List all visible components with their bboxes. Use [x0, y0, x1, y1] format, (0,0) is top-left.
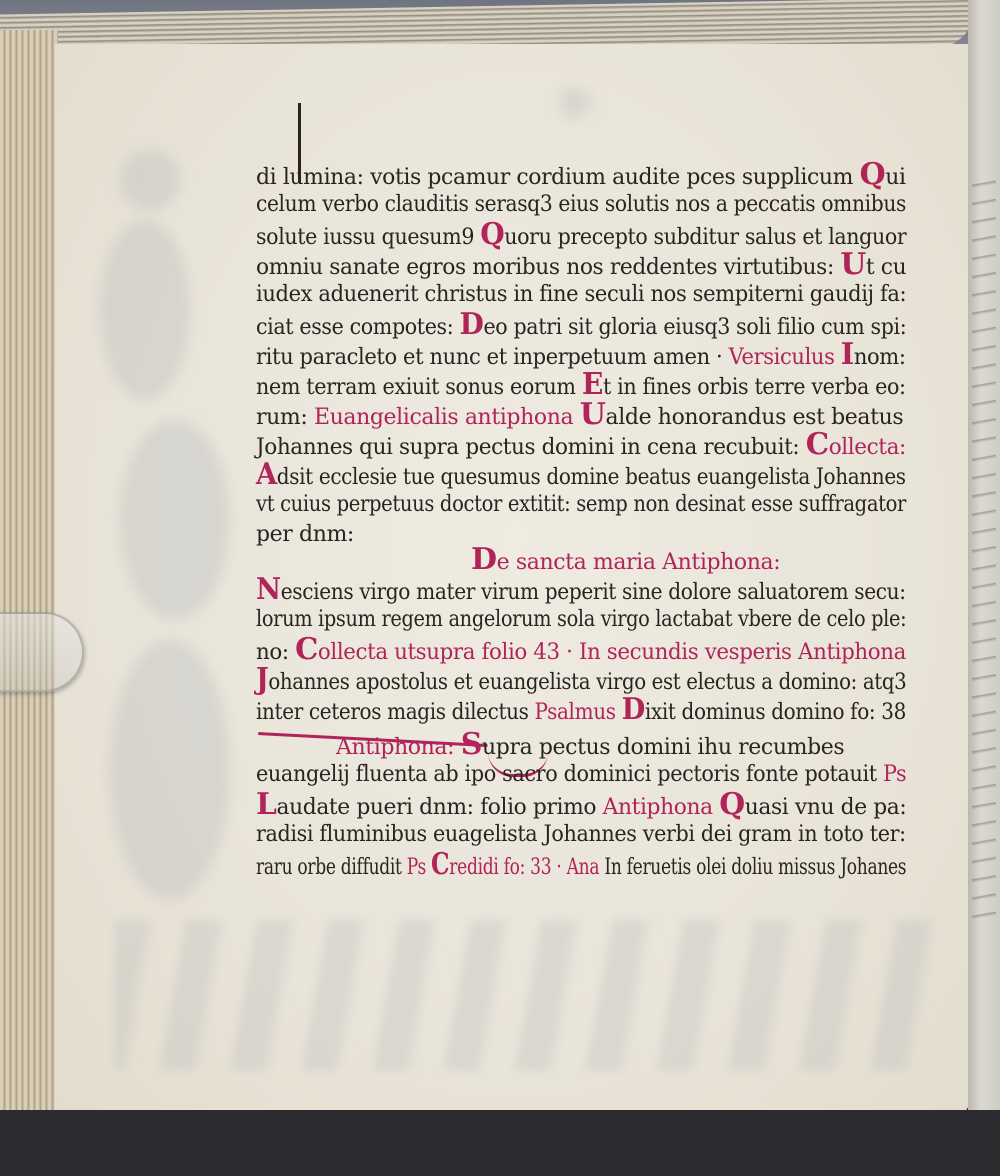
text-line: solute iussu quesum9 Quoru precepto subd… — [256, 220, 906, 253]
body-text: ritu paracleto et nunc et inperpetuum am… — [256, 345, 729, 370]
body-text: inter ceteros magis dilectus — [256, 700, 535, 725]
facing-page-text — [972, 170, 996, 930]
body-text: ohannes apostolus et euangelista virgo e… — [268, 670, 906, 695]
text-line: Adsit ecclesie tue quesumus domine beatu… — [256, 460, 906, 493]
body-text: uasi vnu de pa: — [745, 795, 907, 820]
body-text: euangelij fluenta ab ipo sacro dominici … — [256, 762, 883, 787]
text-line: lorum ipsum regem angelorum sola virgo l… — [256, 605, 906, 635]
rubric-text: Antiphona: — [336, 735, 461, 760]
text-line: raru orbe diffudit Ps Credidi fo: 33 · A… — [256, 850, 906, 883]
body-text: solute iussu quesum9 — [256, 225, 480, 250]
text-line: euangelij fluenta ab ipo sacro dominici … — [256, 760, 906, 790]
body-text: esciens virgo mater virum peperit sine d… — [281, 580, 906, 605]
body-text: raru orbe diffudit — [256, 855, 407, 880]
rubric-text: ollecta utsupra folio 43 · — [318, 640, 579, 665]
body-text: In feruetis olei doliu missus Johanes — [604, 855, 906, 880]
rubric-initial: I — [841, 337, 854, 372]
rubric-initial: N — [256, 572, 281, 607]
body-text: upra pectus domini ihu recumbes — [482, 735, 844, 760]
body-text: lorum ipsum regem angelorum sola virgo l… — [256, 607, 906, 632]
rubric-text: Antiphona — [603, 795, 720, 820]
scanner-background-bottom — [0, 1110, 1000, 1176]
body-text: ui — [885, 165, 905, 190]
rubric-text: ollecta: — [829, 435, 906, 460]
rubric-initial: U — [580, 397, 606, 432]
rubric-text: In secundis vesperis Antiphona — [579, 640, 906, 665]
body-text: vt cuius perpetuus doctor extitit: semp … — [256, 492, 906, 517]
body-text: radisi fluminibus euagelista Johannes ve… — [256, 822, 906, 847]
rubric-text: Euangelicalis antiphona — [314, 405, 580, 430]
rubric-text: Ana — [567, 855, 605, 880]
rubric-text: Psalmus — [535, 700, 622, 725]
text-line: di lumina: votis pcamur cordium audite p… — [256, 160, 906, 193]
rubric-initial: C — [806, 427, 829, 462]
text-line: vt cuius perpetuus doctor extitit: semp … — [256, 490, 906, 520]
body-text: ciat esse compotes: — [256, 315, 459, 340]
body-text: t cu — [866, 255, 906, 280]
body-text: ixit dominus domino fo: 38 — [645, 700, 906, 725]
rubric-initial: U — [840, 247, 865, 282]
body-text: di lumina: votis pcamur cordium audite p… — [256, 165, 860, 190]
rubric-initial: S — [461, 727, 482, 762]
rubric-text: e sancta maria Antiphona: — [497, 550, 781, 575]
body-text: per dnm: — [256, 522, 354, 547]
rubric-text: Versiculus — [729, 345, 841, 370]
text-line: Nesciens virgo mater virum peperit sine … — [256, 575, 906, 608]
rubric-initial: C — [431, 847, 449, 882]
body-text: dsit ecclesie tue quesumus domine beatus… — [277, 465, 906, 490]
rubric-initial: Q — [860, 157, 886, 192]
rubric-initial: D — [471, 542, 497, 577]
text-line: iudex aduenerit christus in fine seculi … — [256, 280, 906, 310]
show-through-spot — [560, 88, 590, 118]
text-line: inter ceteros magis dilectus Psalmus Dix… — [256, 695, 906, 728]
text-line: Johannes apostolus et euangelista virgo … — [256, 665, 906, 698]
body-text: audate pueri dnm: folio primo — [277, 795, 603, 820]
show-through-border — [115, 920, 935, 1070]
body-text: iudex aduenerit christus in fine seculi … — [256, 282, 906, 307]
text-line: radisi fluminibus euagelista Johannes ve… — [256, 820, 906, 850]
text-line: per dnm: — [256, 520, 354, 550]
show-through-ornament — [100, 220, 190, 400]
rubric-text: Ps — [883, 762, 906, 787]
body-text: celum verbo clauditis serasq3 eius solut… — [256, 192, 906, 217]
show-through-ornament — [120, 420, 230, 620]
rubric-text: redidi fo: 33 · — [449, 855, 566, 880]
rubric-initial: L — [256, 787, 277, 822]
text-line: no: Collecta utsupra folio 43 · In secun… — [256, 635, 906, 668]
rubric-initial: D — [459, 307, 483, 342]
text-line: Laudate pueri dnm: folio primo Antiphona… — [256, 790, 906, 823]
body-text: alde honorandus est beatus — [606, 405, 904, 430]
rubric-initial: Q — [719, 787, 744, 822]
rubric-initial: D — [622, 692, 645, 727]
text-line: De sancta maria Antiphona: — [471, 545, 780, 578]
body-text: rum: — [256, 405, 314, 430]
text-line: Johannes qui supra pectus domini in cena… — [256, 430, 906, 463]
body-text: omniu sanate egros moribus nos reddentes… — [256, 255, 840, 280]
body-text: Johannes qui supra pectus domini in cena… — [256, 435, 806, 460]
text-line: ciat esse compotes: Deo patri sit gloria… — [256, 310, 906, 343]
body-text: nem terram exiuit sonus eorum — [256, 375, 582, 400]
rubric-initial: Q — [480, 217, 504, 252]
show-through-ornament — [110, 640, 230, 900]
text-line: omniu sanate egros moribus nos reddentes… — [256, 250, 906, 283]
rubric-initial: A — [256, 457, 277, 492]
body-text: nom: — [854, 345, 906, 370]
page-edges-left — [0, 30, 58, 1140]
rubric-text: Ps — [407, 855, 431, 880]
text-line: celum verbo clauditis serasq3 eius solut… — [256, 190, 906, 220]
page-clip — [0, 612, 84, 692]
rubric-initial: J — [256, 662, 268, 697]
body-text: t in fines orbis terre verba eo: — [603, 375, 906, 400]
text-line: Antiphona: Supra pectus domini ihu recum… — [336, 730, 844, 763]
rubric-initial: C — [295, 632, 318, 667]
show-through-ornament — [120, 150, 180, 210]
